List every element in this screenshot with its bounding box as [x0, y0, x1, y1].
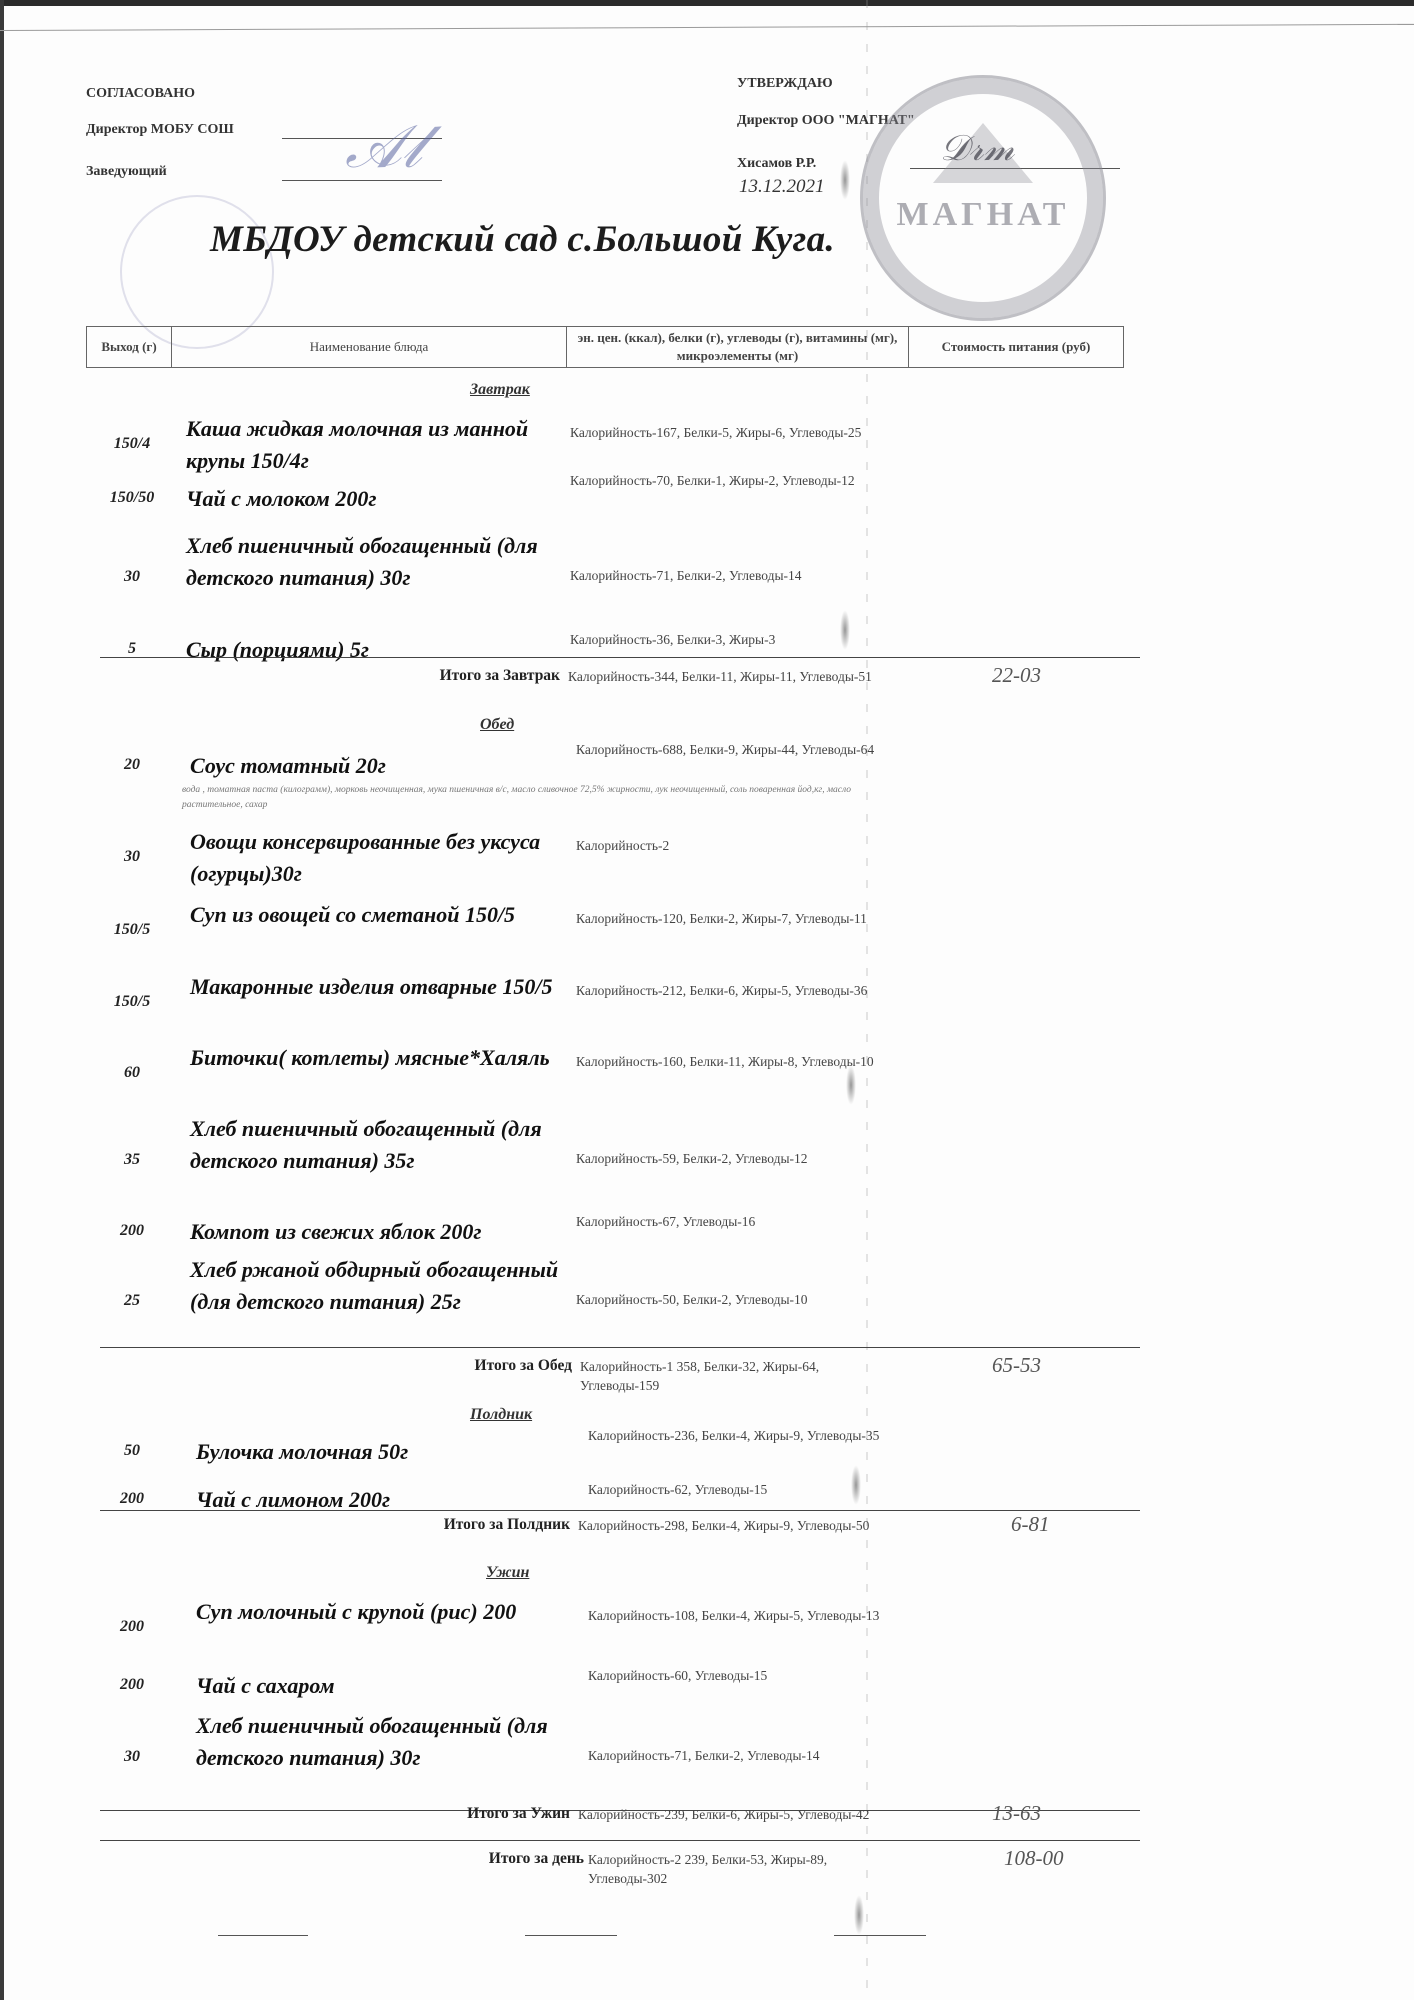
portion-size: 5: [100, 640, 164, 658]
nutrition-info: Калорийность-70, Белки-1, Жиры-2, Углево…: [570, 471, 890, 490]
dish-name: Чай с молоком 200г: [186, 483, 561, 515]
nutrition-info: Калорийность-236, Белки-4, Жиры-9, Углев…: [588, 1426, 908, 1445]
section-total-cost: 22-03: [992, 663, 1041, 688]
scan-streak: [866, 0, 868, 2000]
portion-size: 200: [100, 1222, 164, 1240]
section-divider: [100, 1510, 1140, 1511]
section-total-cost: 13-63: [992, 1801, 1041, 1826]
company-stamp: МАГНАТ: [860, 75, 1106, 321]
portion-size: 200: [100, 1490, 164, 1508]
nutrition-info: Калорийность-108, Белки-4, Жиры-5, Углев…: [588, 1606, 908, 1625]
portion-size: 50: [100, 1442, 164, 1460]
portion-size: 200: [100, 1618, 164, 1636]
ingredients-list: вода , томатная паста (килограмм), морко…: [182, 783, 902, 813]
header-nutrition: эн. цен. (ккал), белки (г), углеводы (г)…: [566, 326, 909, 368]
header-portion: Выход (г): [86, 326, 172, 368]
dish-name: Соус томатный 20г: [190, 750, 565, 782]
nutrition-info: Калорийность-67, Углеводы-16: [576, 1212, 896, 1231]
footer-signature-line: [525, 1935, 617, 1936]
portion-size: 150/5: [100, 993, 164, 1011]
approval-date: 13.12.2021: [739, 176, 825, 198]
portion-size: 150/5: [100, 921, 164, 939]
section-total-nutrition: Калорийность-298, Белки-4, Жиры-9, Углев…: [578, 1516, 898, 1535]
dish-name: Чай с сахаром: [196, 1670, 571, 1702]
section-heading: Обед: [480, 716, 514, 734]
nutrition-info: Калорийность-59, Белки-2, Углеводы-12: [576, 1149, 896, 1168]
section-divider: [100, 1347, 1140, 1348]
section-total-nutrition: Калорийность-344, Белки-11, Жиры-11, Угл…: [568, 667, 888, 686]
portion-size: 35: [100, 1151, 164, 1169]
day-total-nutrition: Калорийность-2 239, Белки-53, Жиры-89, У…: [588, 1850, 908, 1888]
dish-name: Овощи консервированные без уксуса (огурц…: [190, 826, 565, 890]
signature-left-icon: 𝒜𝓁: [345, 112, 422, 182]
dish-name: Хлеб ржаной обдирный обогащенный (для де…: [190, 1254, 565, 1318]
page-title: МБДОУ детский сад с.Большой Куга.: [210, 218, 835, 261]
dish-name: Биточки( котлеты) мясные*Халяль: [190, 1042, 565, 1074]
section-total-label: Итого за Полдник: [316, 1516, 570, 1534]
signature-right-icon: 𝒟𝓇𝓂: [940, 128, 1014, 170]
section-total-cost: 6-81: [1011, 1512, 1050, 1537]
section-heading: Полдник: [470, 1406, 532, 1424]
dish-name: Макаронные изделия отварные 150/5: [190, 971, 565, 1003]
dish-name: Каша жидкая молочная из манной крупы 150…: [186, 413, 561, 477]
nutrition-info: Калорийность-71, Белки-2, Углеводы-14: [588, 1746, 908, 1765]
portion-size: 60: [100, 1064, 164, 1082]
section-total-label: Итого за Завтрак: [306, 667, 560, 685]
portion-size: 30: [100, 568, 164, 586]
section-total-label: Итого за Обед: [318, 1357, 572, 1375]
section-total-nutrition: Калорийность-1 358, Белки-32, Жиры-64, У…: [580, 1357, 900, 1395]
approval-right-line2: Хисамов Р.Р.: [737, 156, 816, 172]
day-divider: [100, 1840, 1140, 1841]
nutrition-info: Калорийность-50, Белки-2, Углеводы-10: [576, 1290, 896, 1309]
dish-name: Компот из свежих яблок 200г: [190, 1216, 565, 1248]
scan-smudge: [851, 1465, 861, 1505]
portion-size: 25: [100, 1292, 164, 1310]
nutrition-info: Калорийность-120, Белки-2, Жиры-7, Углев…: [576, 909, 896, 928]
scan-smudge: [854, 1895, 864, 1935]
portion-size: 150/4: [100, 435, 164, 453]
approval-left-line2: Заведующий: [86, 164, 167, 180]
section-heading: Завтрак: [470, 381, 530, 399]
nutrition-info: Калорийность-688, Белки-9, Жиры-44, Угле…: [576, 740, 896, 759]
dish-name: Хлеб пшеничный обогащенный (для детского…: [196, 1710, 571, 1774]
day-total-cost: 108-00: [1004, 1846, 1064, 1871]
scan-smudge: [840, 610, 850, 650]
portion-size: 30: [100, 848, 164, 866]
dish-name: Булочка молочная 50г: [196, 1436, 571, 1468]
section-divider: [100, 657, 1140, 658]
dish-name: Суп молочный с крупой (рис) 200: [196, 1596, 571, 1628]
portion-size: 200: [100, 1676, 164, 1694]
nutrition-info: Калорийность-60, Углеводы-15: [588, 1666, 908, 1685]
approval-left-line1: Директор МОБУ СОШ: [86, 122, 234, 138]
section-total-cost: 65-53: [992, 1353, 1041, 1378]
footer-signature-line: [834, 1935, 926, 1936]
header-dish: Наименование блюда: [171, 326, 567, 368]
section-total-label: Итого за Ужин: [316, 1805, 570, 1823]
approval-right-heading: УТВЕРЖДАЮ: [737, 76, 833, 92]
header-cost: Стоимость питания (руб): [908, 326, 1124, 368]
stamp-text: МАГНАТ: [897, 196, 1070, 234]
dish-name: Хлеб пшеничный обогащенный (для детского…: [190, 1113, 565, 1177]
day-total-label: Итого за день: [320, 1850, 584, 1868]
portion-size: 30: [100, 1748, 164, 1766]
dish-name: Суп из овощей со сметаной 150/5: [190, 899, 565, 931]
nutrition-info: Калорийность-2: [576, 836, 896, 855]
dish-name: Хлеб пшеничный обогащенный (для детского…: [186, 530, 561, 594]
portion-size: 150/50: [100, 489, 164, 507]
scan-smudge: [840, 160, 850, 200]
portion-size: 20: [100, 756, 164, 774]
footer-signature-line: [218, 1935, 308, 1936]
approval-left-heading: СОГЛАСОВАНО: [86, 86, 195, 102]
nutrition-info: Калорийность-71, Белки-2, Углеводы-14: [570, 566, 890, 585]
paper-fold-line: [0, 24, 1414, 31]
scan-smudge: [846, 1065, 856, 1105]
dish-name: Сыр (порциями) 5г: [186, 634, 561, 666]
section-total-nutrition: Калорийность-239, Белки-6, Жиры-5, Углев…: [578, 1805, 898, 1824]
nutrition-info: Калорийность-167, Белки-5, Жиры-6, Углев…: [570, 423, 890, 442]
dish-name: Чай с лимоном 200г: [196, 1484, 571, 1516]
scan-border-left: [0, 0, 4, 2000]
section-heading: Ужин: [486, 1564, 529, 1582]
nutrition-info: Калорийность-212, Белки-6, Жиры-5, Углев…: [576, 981, 896, 1000]
scan-border-top: [0, 0, 1414, 6]
